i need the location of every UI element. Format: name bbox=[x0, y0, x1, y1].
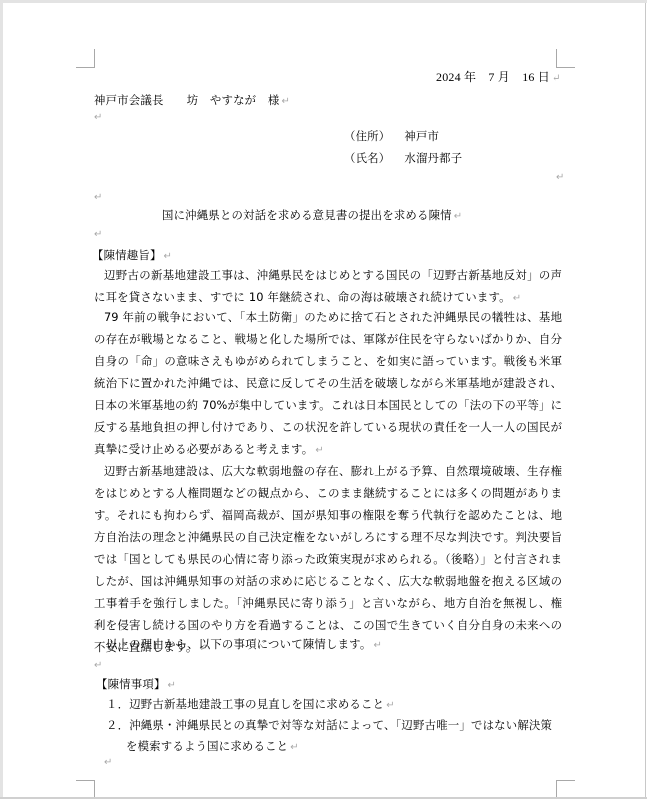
date-line: 2024 年 7 月 16 日↵ bbox=[436, 70, 561, 86]
paragraph-mark-icon: ↵ bbox=[281, 96, 290, 107]
addressee-line: 神戸市会議長 坊 やすなが 様↵ bbox=[94, 93, 290, 109]
date: 2024 年 7 月 16 日 bbox=[436, 70, 550, 84]
purpose-line: 真摯に受け止める必要があると考えます。↵ bbox=[94, 442, 324, 458]
purpose-line: をはじめとする人権問題などの観点から、このまま継続することには多くの問題がありま bbox=[94, 486, 562, 500]
request-item-1: １．辺野古新基地建設工事の見直しを国に求めること↵ bbox=[106, 697, 395, 713]
request-item-2: ２．沖縄県・沖縄県民との真摯で対等な対話によって、「辺野古唯一」ではない解決策 bbox=[106, 718, 552, 732]
item-text: 辺野古新基地建設工事の見直しを国に求めること bbox=[129, 697, 384, 711]
purpose-line: したが、国は沖縄県知事の対話の求めに応じることなく、広大な軟弱地盤を抱える区域の bbox=[94, 574, 562, 588]
paragraph-mark-icon: ↵ bbox=[94, 229, 102, 241]
purpose-line: 日本の米軍基地の約 70%が集中しています。これは日本国民としての「法の下の平等… bbox=[94, 398, 562, 412]
address-value: 神戸市 bbox=[404, 129, 439, 143]
purpose-line: す。それにも拘わらず、福岡高裁が、国が県知事の権限を奪う代執行を認めたことは、地 bbox=[94, 508, 562, 522]
address-label: （住所） bbox=[344, 129, 390, 143]
paragraph-mark-icon: ↵ bbox=[94, 112, 102, 124]
purpose-line: 79 年前の戦争において、「本土防衛」のために捨て石とされた沖縄県民の犠牲は、基… bbox=[94, 310, 562, 324]
item-number: １． bbox=[106, 697, 129, 711]
purpose-line: では「国としても県民の心情に寄り添った政策実現が求められる。（後略）」と付言され… bbox=[94, 552, 562, 566]
item-text: 沖縄県・沖縄県民との真摯で対等な対話によって、「辺野古唯一」ではない解決策 bbox=[129, 718, 552, 732]
name-label: （氏名） bbox=[344, 151, 390, 165]
paragraph-mark-icon: ↵ bbox=[290, 742, 299, 753]
purpose-line: 辺野古の新基地建設工事は、沖縄県民をはじめとする国民の「辺野古新基地反対」の声 bbox=[94, 268, 562, 282]
paragraph-mark-icon: ↵ bbox=[454, 211, 463, 222]
paragraph-mark-icon: ↵ bbox=[556, 172, 564, 184]
purpose-line: 利を侵害し続ける国のやり方を看過することは、この国で生きていく自分自身の未来への bbox=[94, 618, 562, 632]
paragraph-mark-icon: ↵ bbox=[552, 73, 561, 84]
items-heading: 【陳情事項】↵ bbox=[96, 677, 176, 693]
paragraph-mark-icon: ↵ bbox=[94, 660, 102, 672]
purpose-heading: 【陳情趣旨】↵ bbox=[92, 248, 172, 264]
closing-line: 以上の理由から、以下の事項について陳情します。↵ bbox=[106, 637, 382, 653]
purpose-line: に耳を貸さないまま、すでに 10 年継続され、命の海は破壊され続けています。↵ bbox=[94, 290, 521, 306]
document-page[interactable]: 2024 年 7 月 16 日↵ 神戸市会議長 坊 やすなが 様↵ ↵ （住所）… bbox=[0, 0, 647, 799]
paragraph-mark-icon: ↵ bbox=[94, 192, 102, 204]
paragraph-mark-icon: ↵ bbox=[104, 757, 112, 769]
purpose-line: 工事着手を強行しました。「沖縄県民に寄り添う」と言いながら、地方自治を無視し、権 bbox=[94, 596, 562, 610]
paragraph-mark-icon: ↵ bbox=[94, 622, 102, 634]
purpose-line: 統治下に置かれた沖縄では、民意に反してその生活を破壊しながら米軍基地が建設され、 bbox=[94, 376, 562, 390]
purpose-line: 自身の「命」の意味さえもゆがめられてしまうこと、を如実に語っています。戦後も米軍 bbox=[94, 354, 562, 368]
name-value: 水溜丹都子 bbox=[404, 151, 462, 165]
purpose-line: の存在が戦場となること、戦場と化した場所では、軍隊が住民を守らないばかりか、自分 bbox=[94, 332, 562, 346]
purpose-line: 反する基地負担の押し付けであり、この状況を許している現状の責任を一人一人の国民が bbox=[94, 420, 562, 434]
purpose-line: 方自治法の理念と沖縄県民の自己決定権をないがしろにする理不尽な判決です。判決要旨 bbox=[94, 530, 562, 544]
paragraph-mark-icon: ↵ bbox=[386, 700, 395, 711]
document-title: 国に沖縄県との対話を求める意見書の提出を求める陳情↵ bbox=[162, 208, 462, 224]
paragraph-mark-icon: ↵ bbox=[373, 640, 382, 651]
sender-name-line: （氏名）水溜丹都子 bbox=[344, 151, 462, 165]
paragraph-mark-icon: ↵ bbox=[168, 680, 177, 691]
paragraph-mark-icon: ↵ bbox=[315, 445, 324, 456]
paragraph-mark-icon: ↵ bbox=[513, 293, 522, 304]
addressee: 神戸市会議長 坊 やすなが 様 bbox=[94, 93, 279, 107]
paragraph-mark-icon: ↵ bbox=[164, 251, 173, 262]
request-item-2-continuation: を模索するよう国に求めること↵ bbox=[126, 739, 299, 755]
sender-address-line: （住所）神戸市 bbox=[344, 129, 439, 143]
purpose-line: 辺野古新基地建設は、広大な軟弱地盤の存在、膨れ上がる予算、自然環境破壊、生存権 bbox=[94, 464, 562, 478]
item-number: ２． bbox=[106, 718, 129, 732]
